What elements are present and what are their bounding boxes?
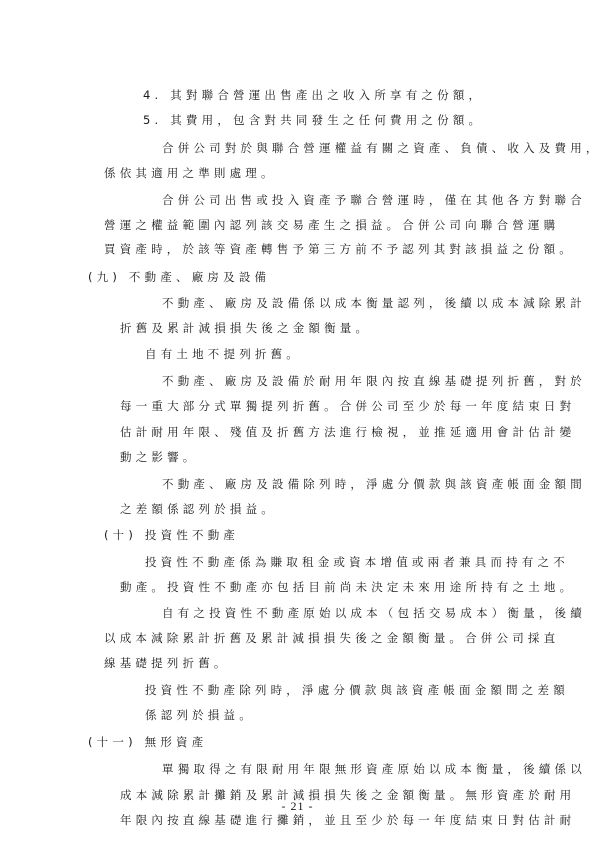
text-line: 買資產時，於該等資產轉售予第三方前不予認列其對該損益之份額。 — [104, 242, 575, 256]
text-line: 5. 其費用，包含對共同發生之任何費用之份額。 — [143, 113, 484, 127]
text-line: 投資性不動產除列時，淨處分價款與該資產帳面金額間之差額 — [145, 683, 569, 697]
text-line: 合併公司出售或投入資產予聯合營運時，僅在其他各方對聯合 — [162, 193, 586, 207]
text-line: 年限內按直線基礎進行攤銷，並且至少於每一年度結束日對估計耐 — [120, 813, 575, 827]
text-line: 自有土地不提列折舊。 — [145, 347, 302, 361]
text-line: 投資性不動產係為賺取租金或資本增值或兩者兼具而持有之不 — [145, 555, 569, 569]
text-line: 估計耐用年限、殘值及折舊方法進行檢視，並推延適用會計估計變 — [120, 425, 575, 439]
text-line: 不動產、廠房及設備除列時，淨處分價款與該資產帳面金額間 — [162, 477, 586, 491]
text-line: 不動產、廠房及設備係以成本衡量認列，後續以成本減除累計 — [162, 296, 586, 310]
text-line: 係依其適用之準則處理。 — [104, 166, 277, 180]
text-line: 動產。投資性不動產亦包括目前尚未決定未來用途所持有之土地。 — [120, 580, 575, 594]
text-line: 之差額係認列於損益。 — [120, 502, 277, 516]
text-line: 合併公司對於與聯合營運權益有關之資產、負債、收入及費用， — [162, 141, 595, 155]
text-line: 每一重大部分式單獨提列折舊。合併公司至少於每一年度結束日對 — [120, 399, 575, 413]
text-line: 不動產、廠房及設備於耐用年限內按直線基礎提列折舊，對於 — [162, 374, 586, 388]
page-number: - 21 - — [0, 799, 595, 814]
text-line: 4. 其對聯合營運出售產出之收入所享有之份額， — [143, 88, 484, 102]
text-line: 營運之權益範圍內認列該交易產生之損益。合併公司向聯合營運購 — [104, 218, 559, 232]
text-line: (十一) 無形資產 — [88, 735, 207, 749]
text-line: 動之影響。 — [120, 450, 199, 464]
text-line: 以成本減除累計折舊及累計減損損失後之金額衡量。合併公司採直 — [104, 631, 559, 645]
text-line: 單獨取得之有限耐用年限無形資產原始以成本衡量，後續係以 — [162, 762, 586, 776]
text-line: 自有之投資性不動產原始以成本（包括交易成本）衡量，後續 — [162, 606, 586, 620]
text-line: 折舊及累計減損損失後之金額衡量。 — [120, 321, 371, 335]
text-line: (十) 投資性不動產 — [104, 528, 239, 542]
text-line: 係認列於損益。 — [145, 708, 255, 722]
text-line: 線基礎提列折舊。 — [104, 656, 230, 670]
text-line: (九) 不動產、廠房及設備 — [88, 270, 270, 284]
